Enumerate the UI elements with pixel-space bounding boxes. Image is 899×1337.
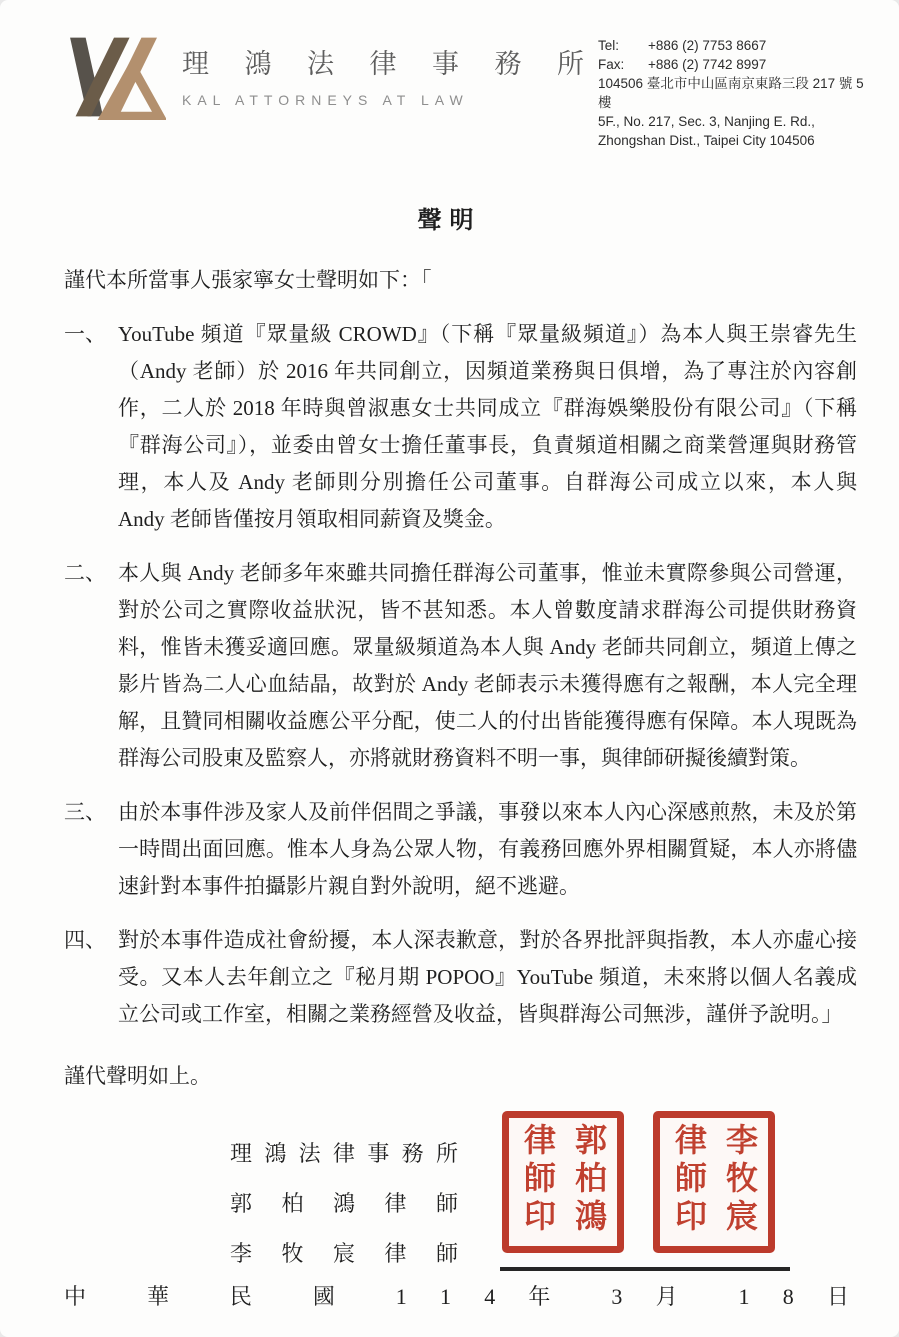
- firm-name-zh: 理 鴻 法 律 事 務 所: [182, 42, 598, 81]
- lawyer-1-seal-text: 郭柏鴻律師印: [512, 1123, 614, 1241]
- signature-firm-name: 理 鴻 法 律 事 務 所: [230, 1129, 458, 1179]
- paragraph-4: 四、 對於本事件造成社會紛擾，本人深表歉意，對於各界批評與指教，本人亦虛心接受。…: [64, 922, 857, 1033]
- signature-lawyer-2: 李 牧 宸 律 師: [230, 1229, 458, 1279]
- lawyer-2-seal-stamp: 李牧宸律師印: [653, 1111, 775, 1253]
- contact-tel-row: Tel: +886 (2) 7753 8667: [598, 36, 871, 55]
- firm-name-block: 理 鴻 法 律 事 務 所 KAL ATTORNEYS AT LAW: [182, 42, 598, 108]
- contact-fax-row: Fax: +886 (2) 7742 8997: [598, 55, 871, 74]
- document-title: 聲明: [0, 200, 899, 235]
- letterhead: 理 鴻 法 律 事 務 所 KAL ATTORNEYS AT LAW Tel: …: [0, 0, 899, 150]
- address-en-line2: Zhongshan Dist., Taipei City 104506: [598, 131, 871, 150]
- paragraph-1-number: 一、: [64, 316, 118, 538]
- tel-value: +886 (2) 7753 8667: [648, 36, 766, 55]
- lawyer-1-seal-stamp: 郭柏鴻律師印: [502, 1111, 624, 1253]
- signature-lines: 理 鴻 法 律 事 務 所 郭 柏 鴻 律 師 李 牧 宸 律 師: [230, 1129, 458, 1279]
- paragraph-3: 三、 由於本事件涉及家人及前伴侶間之爭議，事發以來本人內心深感煎熬，未及於第一時…: [64, 794, 857, 905]
- fax-value: +886 (2) 7742 8997: [648, 55, 766, 74]
- paragraph-3-number: 三、: [64, 794, 118, 905]
- paragraph-1-text: YouTube 頻道『眾量級 CROWD』（下稱『眾量級頻道』）為本人與王崇睿先…: [118, 316, 857, 538]
- statement-document-page: 理 鴻 法 律 事 務 所 KAL ATTORNEYS AT LAW Tel: …: [0, 0, 899, 1337]
- lawyer-2-seal-text: 李牧宸律師印: [663, 1123, 765, 1241]
- intro-line: 謹代本所當事人張家寧女士聲明如下：「: [64, 262, 857, 299]
- paragraph-1: 一、 YouTube 頻道『眾量級 CROWD』（下稱『眾量級頻道』）為本人與王…: [64, 316, 857, 538]
- signature-lawyer-1: 郭 柏 鴻 律 師: [230, 1179, 458, 1229]
- paragraph-2-text: 本人與 Andy 老師多年來雖共同擔任群海公司董事，惟並未實際參與公司營運，對於…: [118, 555, 857, 777]
- address-en-line1: 5F., No. 217, Sec. 3, Nanjing E. Rd.,: [598, 112, 871, 131]
- seal-stamps: 郭柏鴻律師印 李牧宸律師印: [502, 1111, 775, 1253]
- paragraph-4-number: 四、: [64, 922, 118, 1033]
- firm-name-en: KAL ATTORNEYS AT LAW: [182, 92, 598, 108]
- tel-label: Tel:: [598, 36, 648, 55]
- paragraph-2: 二、 本人與 Andy 老師多年來雖共同擔任群海公司董事，惟並未實際參與公司營運…: [64, 555, 857, 777]
- contact-block: Tel: +886 (2) 7753 8667 Fax: +886 (2) 77…: [598, 34, 871, 150]
- paragraph-2-number: 二、: [64, 555, 118, 777]
- paragraph-3-text: 由於本事件涉及家人及前伴侶間之爭議，事發以來本人內心深感煎熬，未及於第一時間出面…: [118, 794, 857, 905]
- fax-label: Fax:: [598, 55, 648, 74]
- paragraph-4-text: 對於本事件造成社會紛擾，本人深表歉意，對於各界批評與指教，本人亦虛心接受。又本人…: [118, 922, 857, 1033]
- address-zh: 104506 臺北市中山區南京東路三段 217 號 5 樓: [598, 74, 871, 112]
- closing-line: 謹代聲明如上。: [64, 1058, 857, 1095]
- seal-underline: [500, 1267, 790, 1271]
- date-line: 中 華 民 國 1 1 4 年 3 月 1 8 日: [64, 1280, 849, 1311]
- kal-monogram-logo-icon: [62, 34, 166, 125]
